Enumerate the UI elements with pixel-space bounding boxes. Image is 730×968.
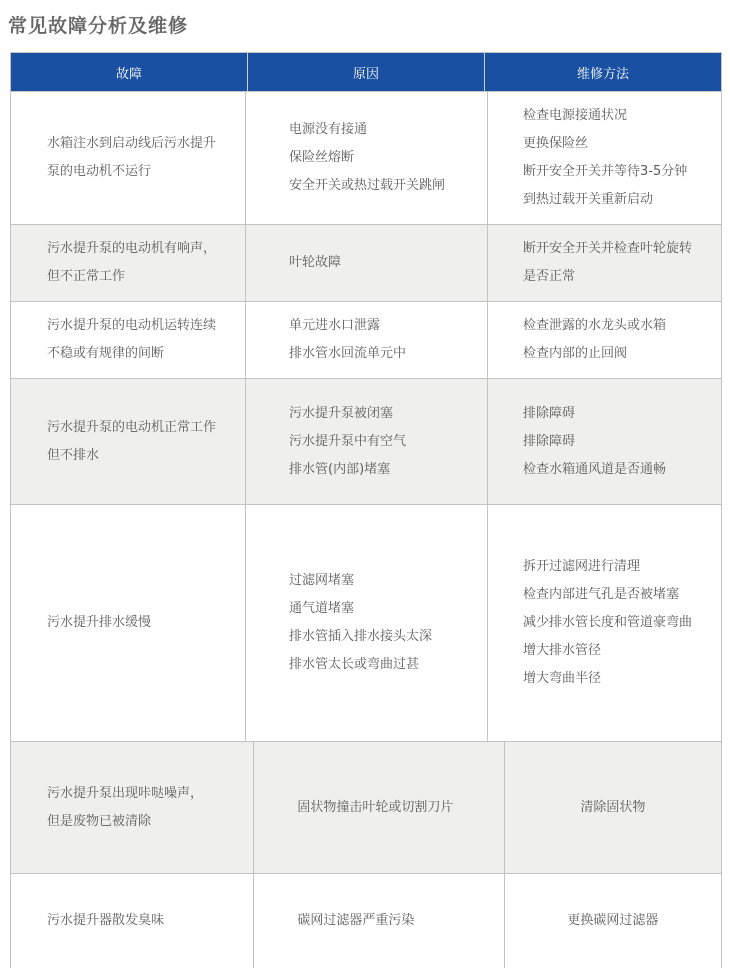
cell-line: 污水提升泵被闭塞 <box>289 400 477 428</box>
cell-fix: 清除固状物 <box>505 742 721 873</box>
cell-line: 污水提升器散发臭味 <box>47 907 243 935</box>
header-cell-fix: 维修方法 <box>485 53 721 91</box>
cell-fault: 污水提升泵的电动机运转连续不稳或有规律的间断 <box>11 302 246 378</box>
cell-fault: 污水提升泵出现咔哒噪声，但是废物已被清除 <box>11 742 254 873</box>
cell-fix: 拆开过滤网进行清理检查内部进气孔是否被堵塞减少排水管长度和管道豪弯曲增大排水管径… <box>488 505 721 741</box>
cell-line: 检查泄露的水龙头或水箱 <box>523 312 711 340</box>
cell-fault: 水箱注水到启动线后污水提升泵的电动机不运行 <box>11 92 246 224</box>
cell-line: 通气道堵塞 <box>289 595 477 623</box>
cell-line: 更换保险丝 <box>523 130 711 158</box>
cell-line: 排水管水回流单元中 <box>289 340 477 368</box>
cell-fault: 污水提升泵的电动机有响声，但不正常工作 <box>11 225 246 301</box>
table-header-row: 故障 原因 维修方法 <box>11 53 721 91</box>
cell-line: 到热过载开关重新启动 <box>523 186 711 214</box>
cell-line: 拆开过滤网进行清理 <box>523 553 711 581</box>
cell-line: 增大排水管径 <box>523 637 711 665</box>
cell-fix: 更换碳网过滤器 <box>505 874 721 968</box>
cell-fix: 断开安全开关并检查叶轮旋转是否正常 <box>488 225 721 301</box>
cell-cause: 过滤网堵塞通气道堵塞排水管插入排水接头太深排水管太长或弯曲过甚 <box>246 505 488 741</box>
cell-line: 不稳或有规律的间断 <box>47 340 235 368</box>
cell-line: 排除障碍 <box>523 428 711 456</box>
cell-line: 污水提升排水缓慢 <box>47 609 235 637</box>
cell-line: 但是废物已被清除 <box>47 808 243 836</box>
cell-line: 更换碳网过滤器 <box>567 907 658 935</box>
cell-fix: 检查泄露的水龙头或水箱检查内部的止回阀 <box>488 302 721 378</box>
cell-line: 污水提升泵的电动机正常工作 <box>47 414 235 442</box>
cell-cause: 叶轮故障 <box>246 225 488 301</box>
cell-line: 碳网过滤器严重污染 <box>297 907 493 935</box>
cell-fault: 污水提升器散发臭味 <box>11 874 254 968</box>
cell-line: 排水管(内部)堵塞 <box>289 456 477 484</box>
header-cell-fault: 故障 <box>11 53 248 91</box>
cell-line: 检查内部进气孔是否被堵塞 <box>523 581 711 609</box>
cell-line: 但不正常工作 <box>47 263 235 291</box>
cell-cause: 单元进水口泄露排水管水回流单元中 <box>246 302 488 378</box>
cell-line: 排除障碍 <box>523 400 711 428</box>
table-row: 污水提升器散发臭味碳网过滤器严重污染更换碳网过滤器 <box>11 873 721 968</box>
cell-line: 污水提升泵的电动机运转连续 <box>47 312 235 340</box>
cell-cause: 固状物撞击叶轮或切割刀片 <box>254 742 504 873</box>
page-title: 常见故障分析及维修 <box>8 13 730 39</box>
cell-line: 污水提升泵出现咔哒噪声， <box>47 780 243 808</box>
cell-cause: 污水提升泵被闭塞污水提升泵中有空气排水管(内部)堵塞 <box>246 379 488 504</box>
table-row: 污水提升排水缓慢过滤网堵塞通气道堵塞排水管插入排水接头太深排水管太长或弯曲过甚拆… <box>11 504 721 741</box>
cell-line: 保险丝熔断 <box>289 144 477 172</box>
cell-line: 断开安全开关并检查叶轮旋转 <box>523 235 711 263</box>
cell-fix: 检查电源接通状况更换保险丝断开安全开关并等待3-5分钟到热过载开关重新启动 <box>488 92 721 224</box>
table-row: 污水提升泵的电动机运转连续不稳或有规律的间断单元进水口泄露排水管水回流单元中检查… <box>11 301 721 378</box>
cell-line: 排水管插入排水接头太深 <box>289 623 477 651</box>
cell-line: 检查电源接通状况 <box>523 102 711 130</box>
cell-line: 污水提升泵的电动机有响声， <box>47 235 235 263</box>
cell-line: 断开安全开关并等待3-5分钟 <box>523 158 711 186</box>
table-row: 污水提升泵出现咔哒噪声，但是废物已被清除固状物撞击叶轮或切割刀片清除固状物 <box>11 741 721 873</box>
cell-line: 是否正常 <box>523 263 711 291</box>
cell-line: 叶轮故障 <box>289 249 477 277</box>
cell-fault: 污水提升排水缓慢 <box>11 505 246 741</box>
cell-line: 减少排水管长度和管道豪弯曲 <box>523 609 711 637</box>
cell-line: 检查水箱通风道是否通畅 <box>523 456 711 484</box>
cell-fix: 排除障碍排除障碍检查水箱通风道是否通畅 <box>488 379 721 504</box>
cell-line: 检查内部的止回阀 <box>523 340 711 368</box>
cell-line: 安全开关或热过载开关跳闸 <box>289 172 477 200</box>
cell-line: 增大弯曲半径 <box>523 665 711 693</box>
cell-cause: 电源没有接通保险丝熔断安全开关或热过载开关跳闸 <box>246 92 488 224</box>
table-row: 水箱注水到启动线后污水提升泵的电动机不运行电源没有接通保险丝熔断安全开关或热过载… <box>11 91 721 224</box>
cell-line: 排水管太长或弯曲过甚 <box>289 651 477 679</box>
table-row: 污水提升泵的电动机有响声，但不正常工作叶轮故障断开安全开关并检查叶轮旋转是否正常 <box>11 224 721 301</box>
cell-line: 水箱注水到启动线后污水提升 <box>47 130 235 158</box>
cell-fault: 污水提升泵的电动机正常工作但不排水 <box>11 379 246 504</box>
cell-line: 固状物撞击叶轮或切割刀片 <box>297 794 493 822</box>
cell-line: 清除固状物 <box>580 794 645 822</box>
cell-line: 单元进水口泄露 <box>289 312 477 340</box>
header-cell-cause: 原因 <box>248 53 485 91</box>
table-row: 污水提升泵的电动机正常工作但不排水污水提升泵被闭塞污水提升泵中有空气排水管(内部… <box>11 378 721 504</box>
cell-line: 污水提升泵中有空气 <box>289 428 477 456</box>
cell-line: 电源没有接通 <box>289 116 477 144</box>
cell-cause: 碳网过滤器严重污染 <box>254 874 504 968</box>
table-body: 水箱注水到启动线后污水提升泵的电动机不运行电源没有接通保险丝熔断安全开关或热过载… <box>11 91 721 968</box>
cell-line: 泵的电动机不运行 <box>47 158 235 186</box>
fault-table: 故障 原因 维修方法 水箱注水到启动线后污水提升泵的电动机不运行电源没有接通保险… <box>10 52 722 968</box>
cell-line: 但不排水 <box>47 442 235 470</box>
cell-line: 过滤网堵塞 <box>289 567 477 595</box>
